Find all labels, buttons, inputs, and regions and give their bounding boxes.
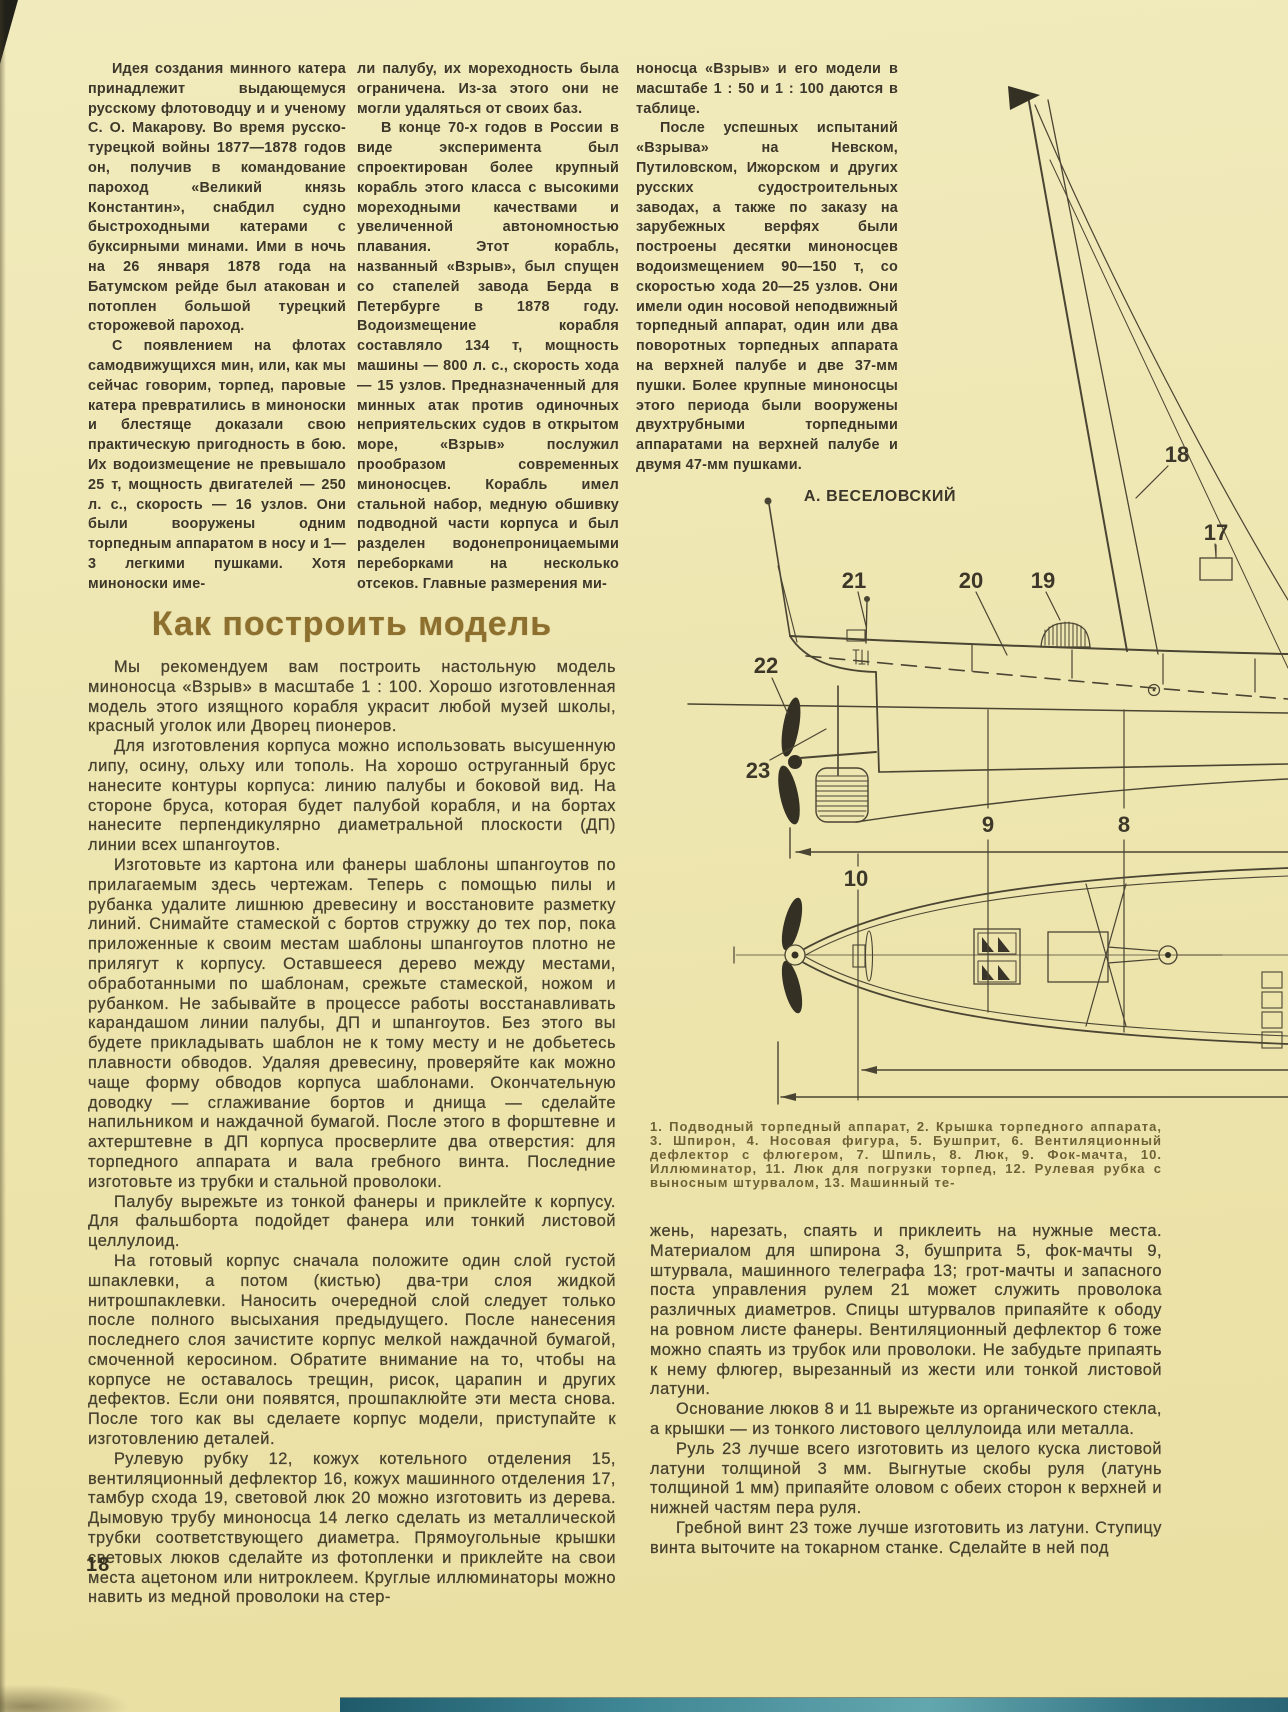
paragraph: Мы рекомендуем вам построить настольную … xyxy=(88,658,616,737)
callout-8: 8 xyxy=(1118,812,1130,837)
paragraph: Гребной винт 23 тоже лучше изготовить из… xyxy=(650,1519,1162,1559)
propeller-profile xyxy=(774,696,876,826)
deck-box-17 xyxy=(1200,545,1232,580)
hatch-structure xyxy=(1048,884,1222,1026)
paragraph: С появлением на флотах самодвижущихся ми… xyxy=(88,337,346,594)
intro-column-2: ли палубу, их мореходность была ограниче… xyxy=(357,60,619,595)
edge-fittings xyxy=(1262,972,1282,1048)
paragraph: ли палубу, их мореходность была ограниче… xyxy=(357,60,619,119)
callout-numbers: 21 20 19 18 17 22 23 9 8 10 xyxy=(746,442,1228,891)
paragraph: Изготовьте из картона или фанеры шаблоны… xyxy=(88,856,616,1193)
callout-23: 23 xyxy=(746,758,770,783)
section-headline: Как построить модель xyxy=(88,602,616,646)
callout-20: 20 xyxy=(959,568,983,593)
callout-21: 21 xyxy=(842,568,866,593)
rudder-profile xyxy=(816,686,868,822)
companionway-hood xyxy=(1041,622,1090,647)
porthole-icon xyxy=(1149,685,1160,696)
callout-22: 22 xyxy=(754,653,778,678)
paragraph: Руль 23 лучше всего изготовить из целого… xyxy=(650,1440,1162,1519)
callout-19: 19 xyxy=(1031,568,1055,593)
paragraph: В конце 70-х годов в России в виде экспе… xyxy=(357,119,619,594)
paragraph: жень, нарезать, спаять и приклеить на ну… xyxy=(650,1222,1162,1400)
callout-9: 9 xyxy=(982,812,994,837)
scan-corner-smudge xyxy=(0,1684,130,1712)
paragraph: Идея создания минного катера принадлежит… xyxy=(88,60,346,337)
waterline xyxy=(688,704,1288,713)
paragraph: ноносца «Взрыв» и его модели в масштабе … xyxy=(636,60,898,119)
paragraph: Для изготовления корпуса можно использов… xyxy=(88,737,616,856)
mast xyxy=(1008,86,1288,668)
callout-leaders xyxy=(770,466,1216,760)
sternpost xyxy=(876,672,879,772)
author-byline: А. ВЕСЕЛОВСКИЙ xyxy=(762,488,998,506)
callout-18: 18 xyxy=(1165,442,1189,467)
paragraph: На готовый корпус сначала положите один … xyxy=(88,1252,616,1450)
mast-pennant-icon xyxy=(1008,86,1040,110)
continuation-column: жень, нарезать, спаять и приклеить на ну… xyxy=(650,1222,1162,1559)
scan-edge-shadow xyxy=(0,0,6,1712)
paragraph: Рулевую рубку 12, кожух котельного отдел… xyxy=(88,1450,616,1608)
skylight xyxy=(974,929,1020,984)
callout-10: 10 xyxy=(844,866,868,891)
intro-column-3: ноносца «Взрыв» и его модели в масштабе … xyxy=(636,60,898,476)
dimension-lines xyxy=(778,710,1288,1104)
propeller-plan xyxy=(778,896,807,1015)
next-page-strip xyxy=(340,1698,1288,1712)
intro-column-1: Идея создания минного катера принадлежит… xyxy=(88,60,346,595)
rudder-plan xyxy=(853,931,873,981)
plan-view xyxy=(734,868,1288,1048)
paragraph: Основание люков 8 и 11 вырежьте из орган… xyxy=(650,1400,1162,1440)
flagstaff xyxy=(765,498,797,642)
paragraph: После успешных испытаний «Взрыва» на Нев… xyxy=(636,119,898,475)
callout-17: 17 xyxy=(1204,520,1228,545)
backstay-lower xyxy=(1050,160,1288,668)
howto-column: Мы рекомендуем вам построить настольную … xyxy=(88,658,616,1608)
page-number: 18 xyxy=(86,1554,110,1577)
figure-caption: 1. Подводный торпедный аппарат, 2. Крышк… xyxy=(650,1120,1162,1190)
magazine-page: { "page": { "number": "18" }, "article_t… xyxy=(0,0,1288,1712)
backstay xyxy=(1035,105,1288,600)
paragraph: Палубу вырежьте из тонкой фанеры и прикл… xyxy=(88,1193,616,1252)
steering-post xyxy=(847,597,870,644)
